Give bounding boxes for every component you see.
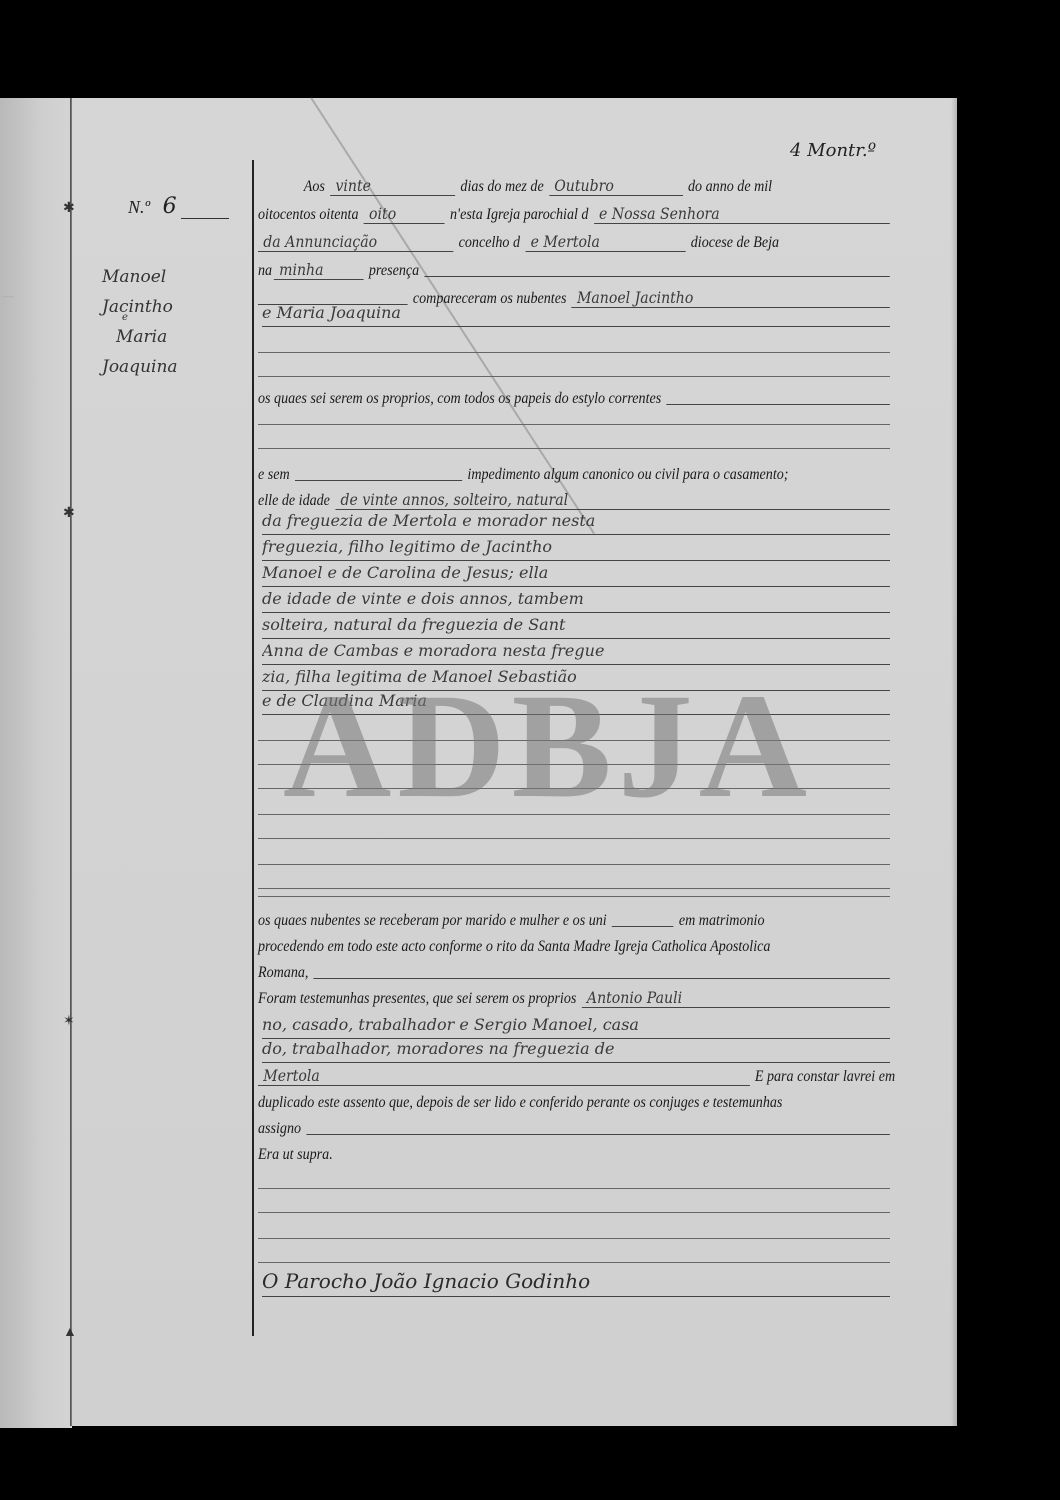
blank-rule [258,738,890,765]
details-line: de idade de vinte e dois annos, tambem [262,586,890,613]
details-line: zia, filha legitima de Manoel Sebastião [262,664,890,691]
margin-column-rule [252,160,254,1336]
details-field: de vinte annos, solteiro, natural [335,490,890,510]
binding-thread-icon: ✱ [63,200,75,217]
entry-number: N.º 6 [128,194,229,219]
page-fold-line [71,98,72,1426]
presence-field: minha [274,260,364,280]
day-field: vinte [330,176,455,196]
blank-rule [258,1236,890,1263]
blank-rule [258,714,890,741]
details-line: freguezia, filho legitimo de Jacintho [262,534,890,561]
entry-line: Mertola E para constar lavrei em [258,1062,895,1086]
entry-line: e sem impedimento algum canonico ou civi… [258,460,895,484]
entry-line: Romana, [258,958,895,982]
blank-rule [258,326,890,353]
blank-rule [258,788,890,815]
witness-line: do, trabalhador, moradores na freguezia … [262,1036,890,1063]
entry-line: procedendo em todo este acto conforme o … [258,932,895,956]
year-field: oito [364,204,445,224]
blank-rule [258,422,890,449]
left-page-edge: — [0,98,72,1428]
margin-names: Manoel Jacintho e Maria Joaquina [102,262,242,382]
number-value: 6 [163,194,177,219]
blank-rule [258,1162,890,1189]
entry-line: Era ut supra. [258,1140,895,1164]
month-field: Outubro [549,176,683,196]
blank-rule [258,1212,890,1239]
blank-rule [258,762,890,789]
blank-rule [258,398,890,425]
entry-line: duplicado este assento que, depois de se… [258,1088,895,1112]
entry-line: da Annunciação concelho d e Mertola dioc… [258,228,895,252]
margin-name: Joaquina [102,352,242,382]
binding-thread-icon: ▲ [63,1325,77,1341]
entry-line: na minha presença [258,256,895,280]
entry-line: assigno [258,1114,895,1138]
witness-line: no, casado, trabalhador e Sergio Manoel,… [262,1012,890,1039]
blank-rule [258,1186,890,1213]
margin-name: Manoel [102,262,242,292]
blank-rule [258,838,890,865]
parish-cont-field: da Annunciação [258,232,453,252]
margin-name: Jacintho [102,292,242,314]
entry-line: elle de idade de vinte annos, solteiro, … [258,486,895,510]
blank-rule [258,350,890,377]
parish-field: e Nossa Senhora [594,204,890,224]
details-line: Anna de Cambas e moradora nesta fregue [262,638,890,665]
nubentes-field-cont: e Maria Joaquina [262,300,890,327]
number-label: N.º [128,197,150,217]
bleed-through-text: — [2,288,14,304]
witness-end-field: Mertola [258,1066,750,1086]
blank-rule [258,870,890,897]
details-line: Manoel e de Carolina de Jesus; ella [262,560,890,587]
entry-line: Aos vinte dias do mez de Outubro do anno… [258,172,895,196]
entry-line: Foram testemunhas presentes, que sei ser… [258,984,895,1008]
margin-name: Maria [102,322,242,352]
witness-field: Antonio Pauli [582,988,890,1008]
binding-thread-icon: ✱ [63,505,75,522]
corner-annotation: 4 Montr.º [790,140,876,161]
blank-rule [258,812,890,839]
binding-thread-icon: ✶ [63,1013,75,1030]
priest-signature: O Parocho João Ignacio Godinho [262,1266,890,1297]
concelho-field: e Mertola [525,232,685,252]
details-line: e de Claudina Maria [262,688,890,715]
details-line: da freguezia de Mertola e morador nesta [262,508,890,535]
entry-line: oitocentos oitenta oito n'esta Igreja pa… [258,200,895,224]
entry-line: os quaes nubentes se receberam por marid… [258,906,895,930]
details-line: solteira, natural da freguezia de Sant [262,612,890,639]
